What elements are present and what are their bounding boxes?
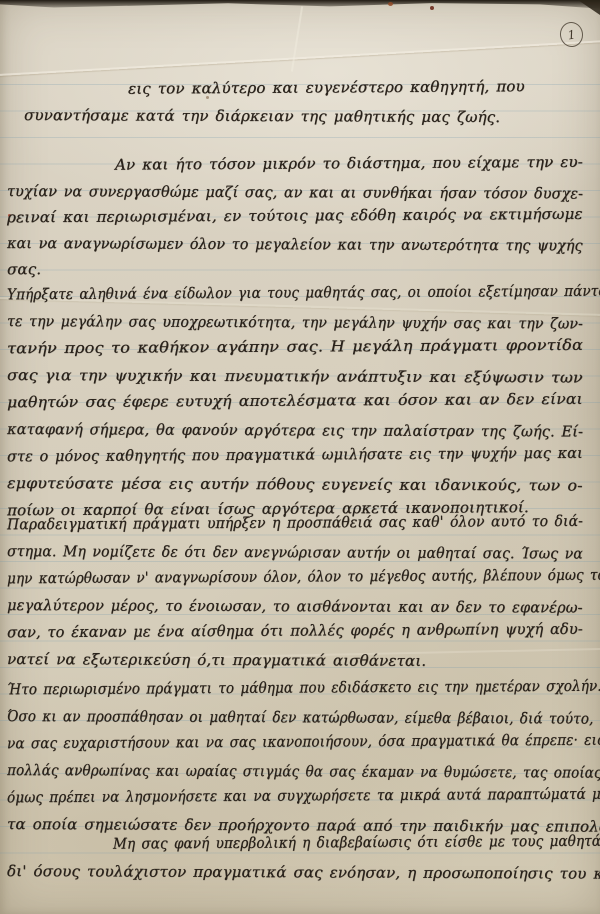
handwritten-text-run: να σας ευχαριστήσουν και να σας ικανοποι…	[7, 727, 600, 758]
manuscript-page: 1 εις τον καλύτερο και ευγενέστερο καθηγ…	[0, 0, 600, 914]
handwritten-text-run: εις τον καλύτερο και ευγενέστερο καθηγητ…	[128, 73, 525, 101]
handwritten-line: Παραδειγματική πράγματι υπήρξεν η προσπά…	[7, 508, 585, 539]
handwritten-text-run: ρειναί και περιωρισμέναι, εν τούτοις μας…	[7, 201, 583, 231]
handwritten-line: εις τον καλύτερο και ευγενέστερο καθηγητ…	[24, 73, 585, 102]
handwritten-line: Ήτο περιωρισμένο πράγματι το μάθημα που …	[7, 673, 585, 704]
handwritten-line: Μη σας φανή υπερβολική η διαβεβαίωσις ότ…	[7, 828, 585, 859]
handwritten-text-run: στε ο μόνος καθηγητής που πραγματικά ωμι…	[7, 440, 583, 471]
handwritten-text-run: σαν, το έκαναν με ένα αίσθημα ότι πολλές…	[7, 616, 583, 647]
handwritten-text-run: συναντήσαμε κατά την διάρκειαν της μαθητ…	[24, 102, 500, 130]
paragraph: Υπήρξατε αληθινά ένα είδωλον για τους μα…	[7, 281, 585, 524]
handwritten-text-run: τανήν προς το καθήκον αγάπην σας. Η μεγά…	[7, 332, 583, 363]
handwritten-text-run: Ήτο περιωρισμένο πράγματι το μάθημα που …	[7, 673, 600, 704]
handwritten-line: μαθητών σας έφερε ευτυχή αποτελέσματα κα…	[7, 386, 585, 417]
handwritten-line: συναντήσαμε κατά την διάρκειαν της μαθητ…	[24, 102, 585, 130]
handwritten-text-run: δι' όσους τουλάχιστον πραγματικά σας ενό…	[7, 858, 600, 888]
handwritten-text-run: μην κατώρθωσαν ν' αναγνωρίσουν όλον, όλο…	[7, 562, 600, 593]
paragraph: Παραδειγματική πράγματι υπήρξεν η προσπά…	[7, 511, 585, 673]
handwritten-line: τανήν προς το καθήκον αγάπην σας. Η μεγά…	[7, 332, 585, 363]
handwritten-text-run: Μη σας φανή υπερβολική η διαβεβαίωσις ότ…	[113, 827, 600, 857]
paragraph: Αν και ήτο τόσον μικρόν το διάστημα, που…	[7, 152, 585, 282]
handwritten-line: στε ο μόνος καθηγητής που πραγματικά ωμι…	[7, 440, 585, 471]
paragraph: Μη σας φανή υπερβολική η διαβεβαίωσις ότ…	[7, 831, 585, 885]
handwritten-text-layer: εις τον καλύτερο και ευγενέστερο καθηγητ…	[0, 0, 600, 914]
handwritten-line: νατεί να εξωτερικεύση ό,τι πραγματικά αι…	[7, 646, 585, 676]
handwritten-text-run: Υπήρξατε αληθινά ένα είδωλον για τους μα…	[7, 278, 600, 309]
handwritten-line: σαν, το έκαναν με ένα αίσθημα ότι πολλές…	[7, 616, 585, 647]
handwritten-text-run: σας.	[7, 256, 41, 282]
handwritten-line: δι' όσους τουλάχιστον πραγματικά σας ενό…	[7, 858, 585, 888]
handwritten-text-run: μαθητών σας έφερε ευτυχή αποτελέσματα κα…	[7, 386, 583, 417]
handwritten-line: μην κατώρθωσαν ν' αναγνωρίσουν όλον, όλο…	[7, 562, 585, 593]
handwritten-text-run: Παραδειγματική πράγματι υπήρξεν η προσπά…	[7, 508, 583, 539]
handwritten-line: ρειναί και περιωρισμέναι, εν τούτοις μας…	[7, 201, 585, 231]
handwritten-line: να σας ευχαριστήσουν και να σας ικανοποι…	[7, 727, 585, 758]
paragraph: Ήτο περιωρισμένο πράγματι το μάθημα που …	[7, 676, 585, 838]
handwritten-line: όμως πρέπει να λησμονήσετε και να συγχωρ…	[7, 781, 585, 812]
handwritten-text-run: όμως πρέπει να λησμονήσετε και να συγχωρ…	[7, 781, 600, 812]
handwritten-line: Υπήρξατε αληθινά ένα είδωλον για τους μα…	[7, 278, 585, 309]
handwritten-text-run: νατεί να εξωτερικεύση ό,τι πραγματικά αι…	[7, 646, 426, 675]
paragraph: εις τον καλύτερο και ευγενέστερο καθηγητ…	[24, 76, 585, 128]
handwritten-line: Αν και ήτο τόσον μικρόν το διάστημα, που…	[7, 149, 585, 179]
handwritten-text-run: Αν και ήτο τόσον μικρόν το διάστημα, που…	[115, 149, 583, 178]
